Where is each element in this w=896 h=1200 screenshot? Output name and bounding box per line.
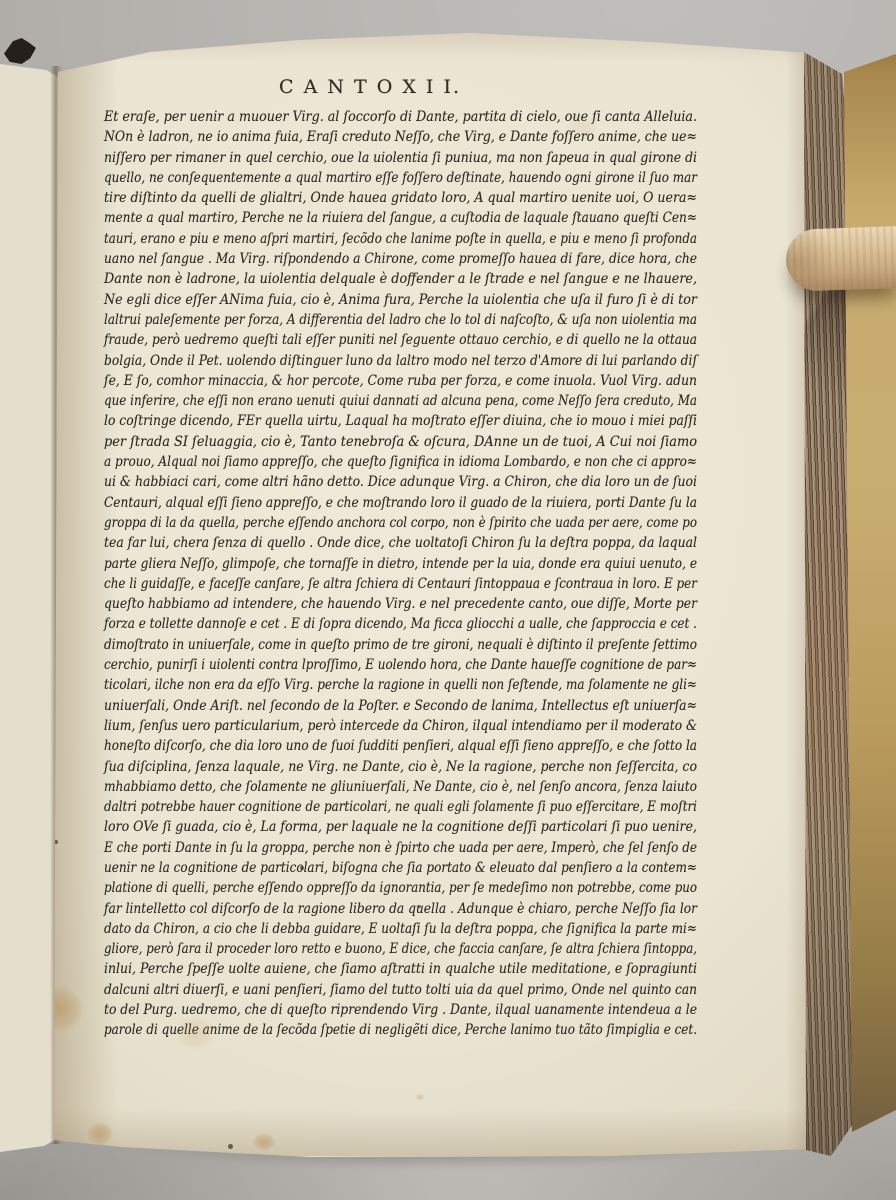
text-line: ui & habbiaci cari, come altri hãno dett… [104, 472, 697, 492]
ink-speck [228, 1144, 233, 1149]
text-line: inlui, Perche ſpeſſe uolte auiene, che ſ… [104, 959, 697, 979]
text-line: fraude, però uedremo queſti tali eſſer p… [104, 330, 697, 350]
text-line: ſe, E ſo, comhor minaccia, & hor percote… [104, 371, 697, 391]
text-line: honeſto diſcorſo, che dia loro uno de ſu… [104, 736, 697, 756]
text-line: forza e tollette dannoſe e cet . E di ſo… [104, 614, 697, 634]
text-line: Centauri, alqual eſſi ſieno appreſſo, e … [104, 493, 697, 513]
text-line: tea far lui, chera ſenza di quello . Ond… [104, 533, 697, 553]
text-line: groppa di la da quella, perche eſſendo a… [104, 513, 697, 533]
text-line: Dante non è ladrone, la uiolentia delqua… [104, 269, 697, 289]
text-line: uniuerſali, Onde Ariſt. nel ſecondo de l… [104, 696, 697, 716]
text-line: bolgia, Onde il Pet. uolendo diſtinguer … [104, 351, 697, 371]
commentary-text-block: Et eraſe, per uenir a muouer Virg. al ſo… [104, 107, 704, 1041]
ink-speck [300, 866, 304, 870]
text-line: far lintelletto col diſcorſo de la ragio… [104, 899, 697, 919]
text-line: NOn è ladron, ne io anima fuia, Eraſi cr… [104, 127, 697, 147]
top-edge-shading [0, 28, 896, 62]
text-line: dalcuni altri diuerſi, e uani penſieri, … [104, 980, 697, 1000]
text-line: queſto habbiamo ad intendere, che hauend… [104, 594, 697, 614]
text-line: ticolari, ilche non era da eſſo Virg. pe… [104, 675, 697, 695]
text-line: tire diſtinto da quelli de glialtri, Ond… [104, 188, 697, 208]
clasp-remnant [4, 38, 36, 64]
text-line: dimoſtrato in uniuerſale, come in queſto… [104, 635, 697, 655]
book-photo: C A N T O X I I. Et eraſe, per uenir a m… [0, 0, 896, 1200]
text-line: Ne egli dice eſſer ANima fuia, cio è, An… [104, 290, 697, 310]
text-line: E che porti Dante in ſu la groppa, perch… [104, 838, 697, 858]
foxing-stain [168, 1010, 222, 1056]
text-line: lo coſtringe dicendo, FEr quella uirtu, … [104, 411, 697, 431]
foxing-stain [414, 1092, 426, 1102]
text-line: cerchio, punirſi i uiolenti contra lproſ… [104, 655, 697, 675]
ink-speck [418, 905, 421, 908]
foxing-stain [560, 112, 604, 142]
text-line: uano nel ſangue . Ma Virg. riſpondendo a… [104, 249, 697, 269]
text-line: a prouo, Alqual noi ſiamo appreſſo, che … [104, 452, 697, 472]
text-line: lium, ſenſus uero particularium, però in… [104, 716, 697, 736]
text-line: ſua diſciplina, ſenza laquale, ne Virg. … [104, 757, 697, 777]
text-line: tauri, erano e piu e meno aſpri martiri,… [104, 229, 697, 249]
text-line: platione di quelli, perche eſſendo oppre… [104, 878, 697, 898]
canto-heading: C A N T O X I I. [279, 76, 539, 98]
foxing-stain [248, 1130, 280, 1154]
text-line: che li guidaſſe, e faceſſe canſare, ſe a… [104, 574, 697, 594]
text-line: mente a qual martiro, Perche ne la riuie… [104, 208, 697, 228]
text-line: uenir ne la cognitione de particolari, b… [104, 858, 697, 878]
text-line: dato da Chiron, a cio che li debba guida… [104, 919, 697, 939]
text-line: que inferire, che eſſi non erano uenuti … [104, 391, 697, 411]
text-line: niſſero per rimaner in quel cerchio, oue… [104, 148, 697, 168]
text-line: per ſtrada SI ſeluaggia, cio è, Tanto te… [104, 432, 697, 452]
wooden-page-holder [785, 226, 896, 292]
text-line: Et eraſe, per uenir a muouer Virg. al ſo… [104, 107, 697, 127]
text-line: quello, ne conſequentemente a qual marti… [104, 168, 697, 188]
text-line: mhabbiamo detto, che ſolamente ne gliuni… [104, 777, 697, 797]
book-page: C A N T O X I I. Et eraſe, per uenir a m… [0, 0, 896, 1200]
text-line: loro OVe ſi guada, cio è, La forma, per … [104, 817, 697, 837]
text-line: laltrui paleſemente per forza, A differe… [104, 310, 697, 330]
text-line: parte gliera Neſſo, glimpoſe, che tornaſ… [104, 554, 697, 574]
text-line: gliore, però ſara il proceder loro retto… [104, 939, 697, 959]
text-line: daltri potrebbe hauer cognitione de part… [104, 797, 697, 817]
